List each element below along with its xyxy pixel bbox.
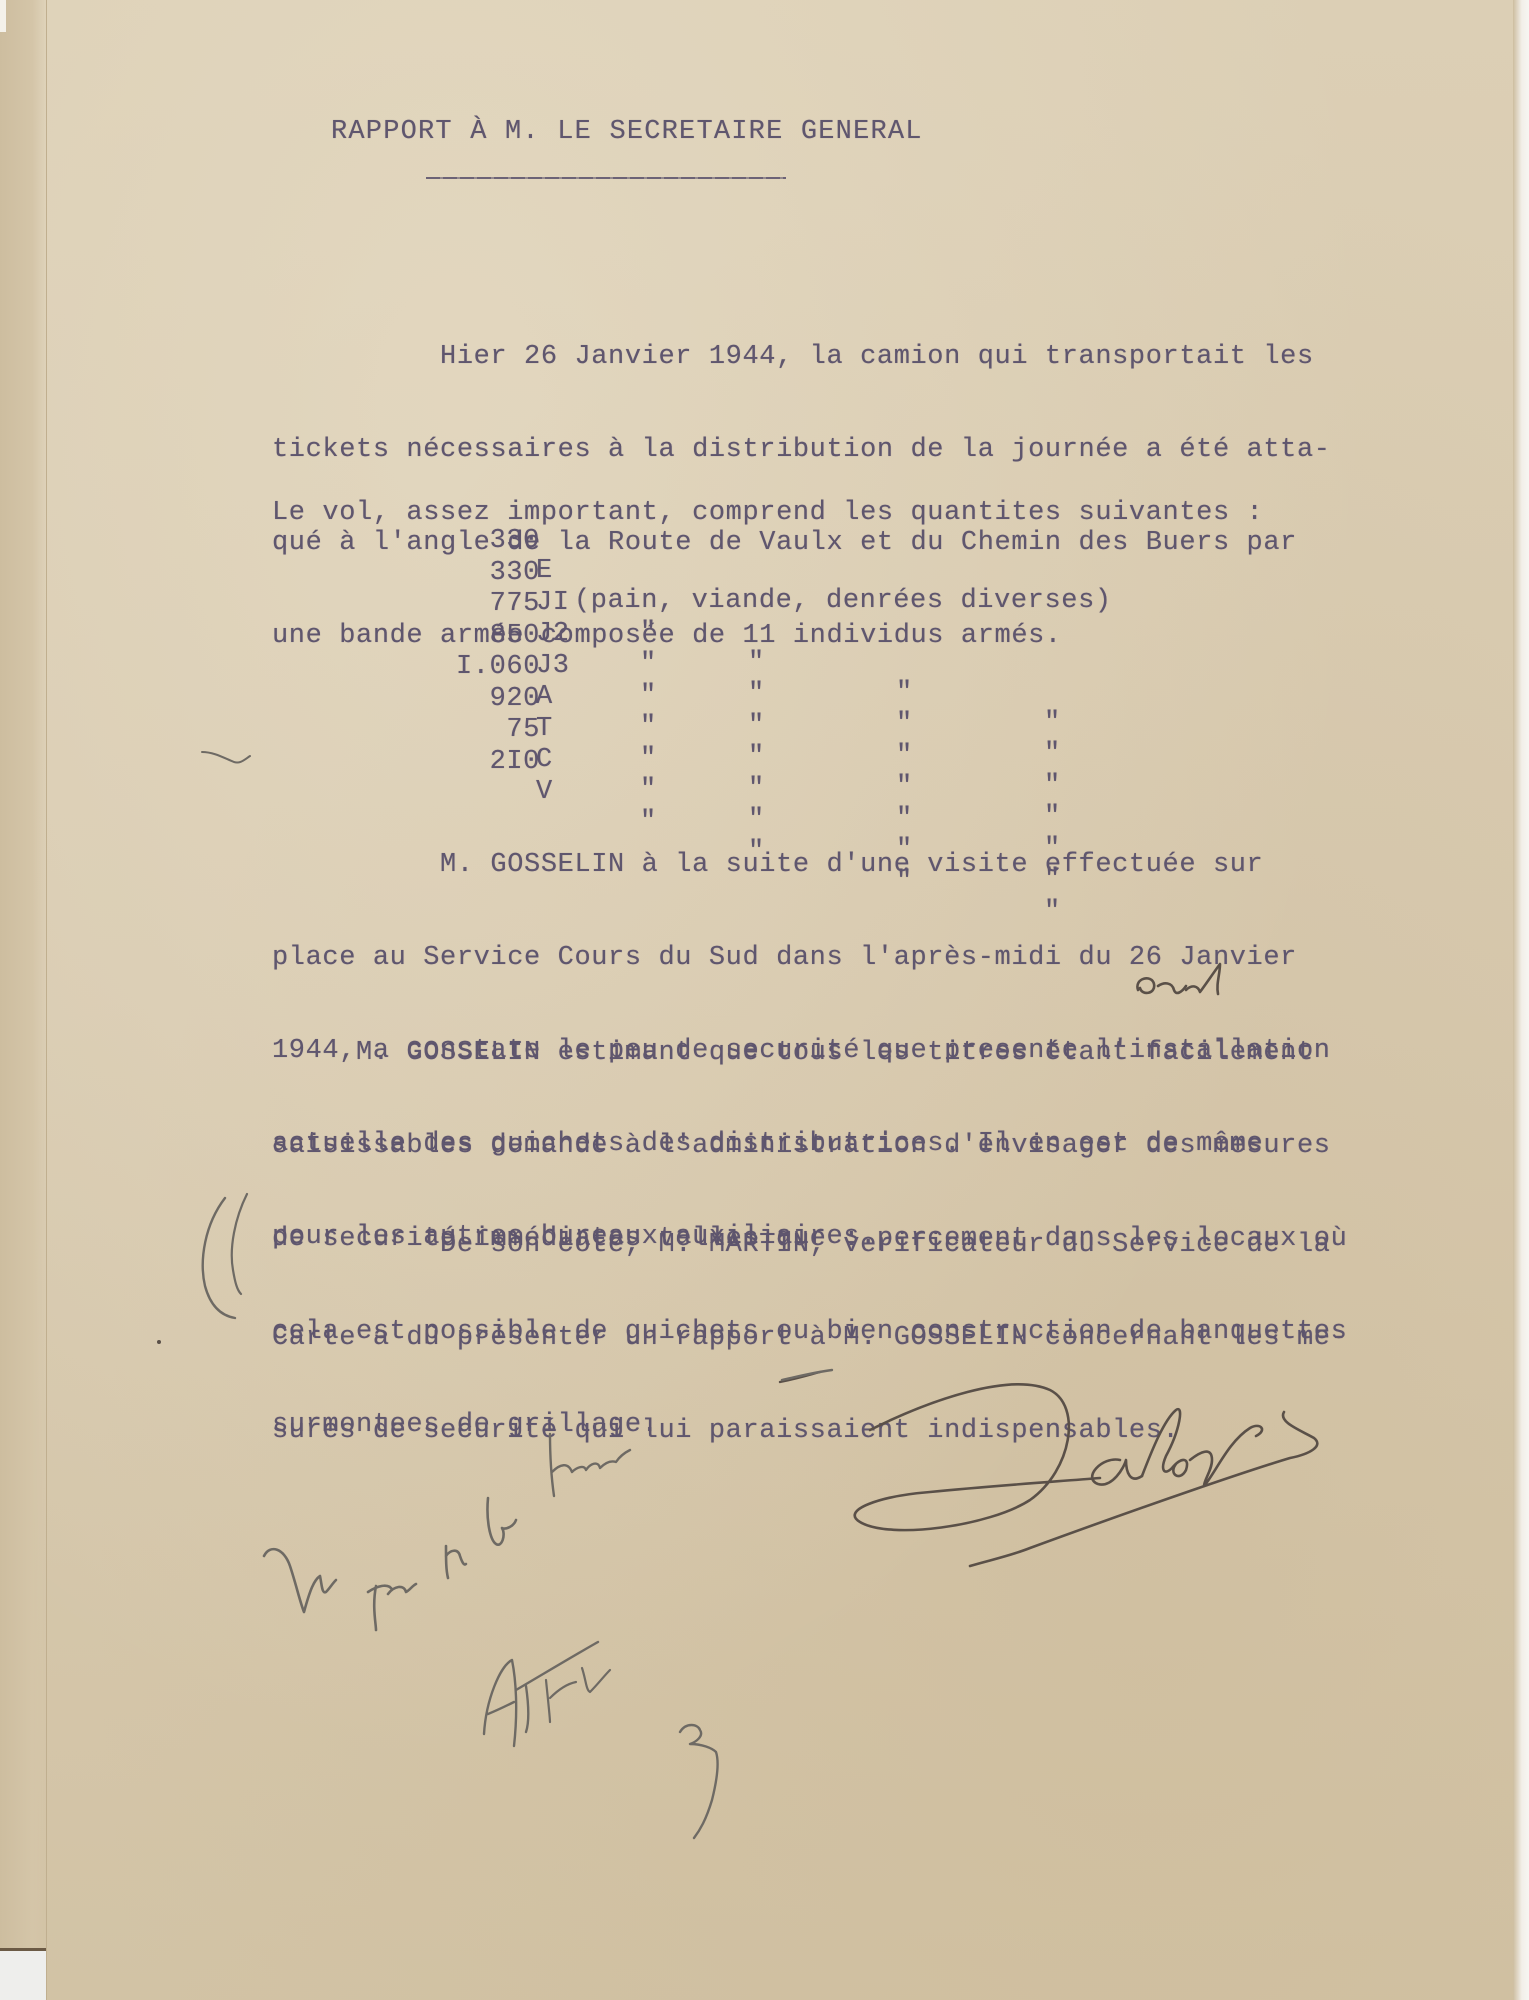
ink-speck (157, 1340, 161, 1344)
scan-background-bottom (0, 1948, 46, 2000)
ditto-mark: " (640, 649, 657, 679)
handwritten-pencil-note (250, 1380, 810, 1840)
table-row: 775 J2 " " " " (418, 559, 519, 591)
text-line: saisissables demande à l'administration … (272, 1131, 1347, 1162)
scan-background-top (0, 0, 6, 32)
table-row: 330 JI " " " " (418, 528, 519, 560)
table-row: 2I0 V " " " " (418, 717, 519, 749)
ditto-mark: " (748, 648, 765, 678)
ditto-mark: " (640, 618, 657, 648)
title-underline (426, 177, 786, 179)
table-row: 850 J3 " " " " (418, 591, 519, 623)
stolen-quantities-table: 330 E (pain, viande, denrées diverses) 3… (418, 496, 519, 748)
report-title: RAPPORT À M. LE SECRETAIRE GENERAL (331, 117, 923, 148)
handwritten-correction-sont (1130, 960, 1240, 1010)
paper-left-margin-strip (0, 0, 47, 2000)
ticket-code-cell: JI (536, 588, 570, 618)
text-line: M. GOSSELIN estimant que tous les titres… (272, 1038, 1347, 1069)
ditto-mark: " (896, 741, 913, 771)
text-line: Carte a dû présenter un rapport à M. GOS… (272, 1323, 1347, 1354)
table-row: 330 E (pain, viande, denrées diverses) (418, 496, 519, 528)
ditto-mark: " (748, 711, 765, 741)
text-line: De son cote, M. MARTIN, verificateur du … (272, 1230, 1347, 1261)
margin-bracket-mark (195, 1190, 275, 1330)
ditto-mark: " (748, 679, 765, 709)
ditto-mark: " (640, 681, 657, 711)
margin-tick-mark (200, 748, 260, 778)
description-cell: (pain, viande, denrées diverses) (574, 586, 1112, 616)
scan-background-right (1513, 0, 1529, 2000)
text-line: Hier 26 Janvier 1944, la camion qui tran… (272, 342, 1331, 373)
ticket-code-cell: J3 (536, 651, 570, 681)
ditto-mark: " (1044, 739, 1061, 769)
table-row: 75 C " " " " (418, 685, 519, 717)
ditto-mark: " (748, 742, 765, 772)
ditto-mark: " (640, 744, 657, 774)
ditto-mark: " (896, 709, 913, 739)
text-line: M. GOSSELIN à la suite d'une visite effe… (272, 850, 1331, 881)
scanned-paper-page: RAPPORT À M. LE SECRETAIRE GENERAL Hier … (0, 0, 1529, 2000)
table-row: I.060 A " " " " (418, 622, 519, 654)
quantity-cell: 2I0 (418, 747, 540, 777)
ditto-mark: " (1044, 708, 1061, 738)
signature (820, 1360, 1420, 1580)
ditto-mark: " (640, 712, 657, 742)
ditto-mark: " (896, 678, 913, 708)
table-row: 920 T " " " " (418, 654, 519, 686)
ticket-code-cell: J2 (536, 619, 570, 649)
